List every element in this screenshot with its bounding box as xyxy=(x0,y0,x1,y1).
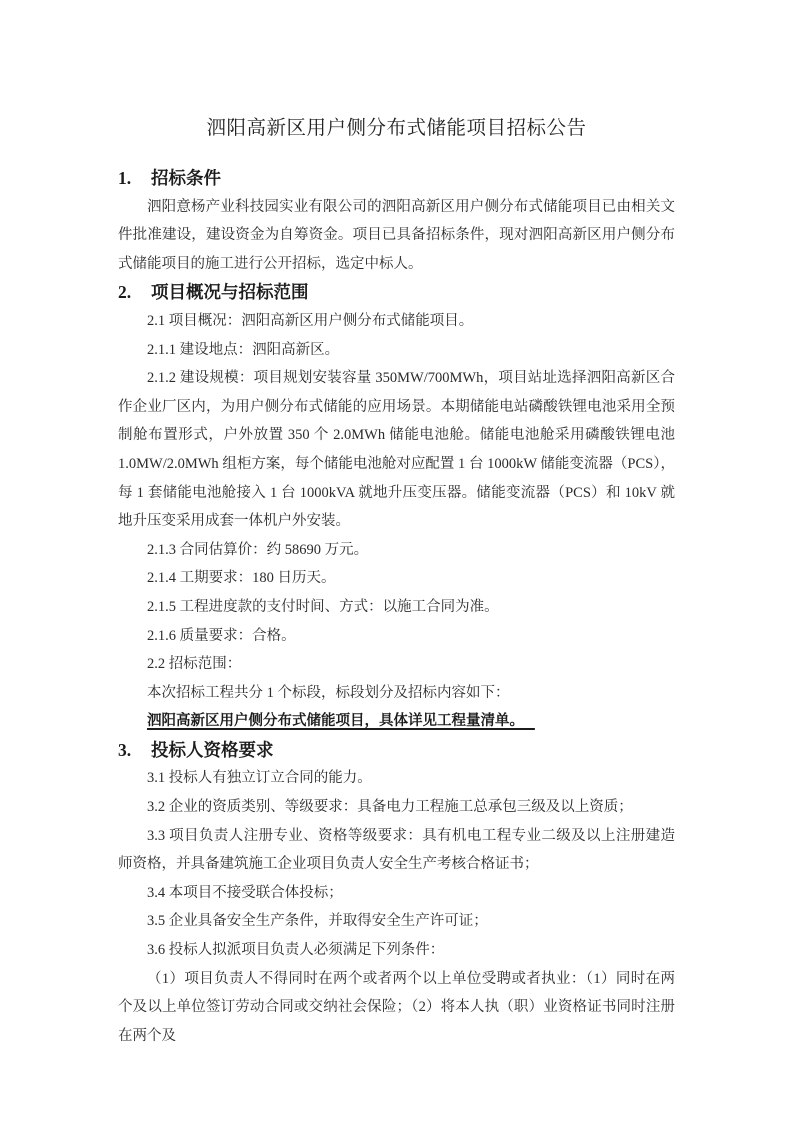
paragraph: 2.1.5 工程进度款的支付时间、方式：以施工合同为准。 xyxy=(118,593,675,622)
underlined-text: 泗阳高新区用户侧分布式储能项目，具体详见工程量清单。 xyxy=(147,713,524,729)
paragraph: 2.1.2 建设规模：项目规划安装容量 350MW/700MWh，项目站址选择泗… xyxy=(118,364,675,536)
page-title: 泗阳高新区用户侧分布式储能项目招标公告 xyxy=(118,114,675,144)
section-heading-3: 3. 投标人资格要求 xyxy=(118,736,675,765)
section-heading-2: 2. 项目概况与招标范围 xyxy=(118,278,675,307)
paragraph: 2.1 项目概况：泗阳高新区用户侧分布式储能项目。 xyxy=(118,307,675,336)
paragraph: 泗阳意杨产业科技园实业有限公司的泗阳高新区用户侧分布式储能项目已由相关文件批准建… xyxy=(118,193,675,279)
paragraph: 3.2 企业的资质类别、等级要求：具备电力工程施工总承包三级及以上资质； xyxy=(118,793,675,822)
underlined-tender-scope: 泗阳高新区用户侧分布式储能项目，具体详见工程量清单。 xyxy=(118,707,675,736)
section-number: 3. xyxy=(118,736,151,765)
paragraph: 3.3 项目负责人注册专业、资格等级要求：具有机电工程专业二级及以上注册建造师资… xyxy=(118,822,675,879)
paragraph: 2.1.4 工期要求：180 日历天。 xyxy=(118,564,675,593)
section-heading-1: 1. 招标条件 xyxy=(118,164,675,193)
paragraph: 3.1 投标人有独立订立合同的能力。 xyxy=(118,764,675,793)
paragraph: 2.1.6 质量要求：合格。 xyxy=(118,622,675,651)
paragraph: 3.6 投标人拟派项目负责人必须满足下列条件： xyxy=(118,936,675,965)
section-heading-text: 项目概况与招标范围 xyxy=(151,278,309,307)
paragraph: 2.2 招标范围： xyxy=(118,650,675,679)
paragraph: 3.5 企业具备安全生产条件，并取得安全生产许可证； xyxy=(118,907,675,936)
paragraph: （1）项目负责人不得同时在两个或者两个以上单位受聘或者执业：（1）同时在两个及以… xyxy=(118,965,675,1051)
document-page: 泗阳高新区用户侧分布式储能项目招标公告 1. 招标条件 泗阳意杨产业科技园实业有… xyxy=(0,0,793,1122)
paragraph: 2.1.1 建设地点：泗阳高新区。 xyxy=(118,336,675,365)
paragraph: 3.4 本项目不接受联合体投标； xyxy=(118,879,675,908)
underline-tail xyxy=(524,713,535,729)
paragraph: 本次招标工程共分 1 个标段，标段划分及招标内容如下： xyxy=(118,679,675,708)
section-heading-text: 招标条件 xyxy=(151,164,221,193)
paragraph: 2.1.3 合同估算价：约 58690 万元。 xyxy=(118,536,675,565)
section-heading-text: 投标人资格要求 xyxy=(151,736,274,765)
section-number: 1. xyxy=(118,164,151,193)
section-number: 2. xyxy=(118,278,151,307)
